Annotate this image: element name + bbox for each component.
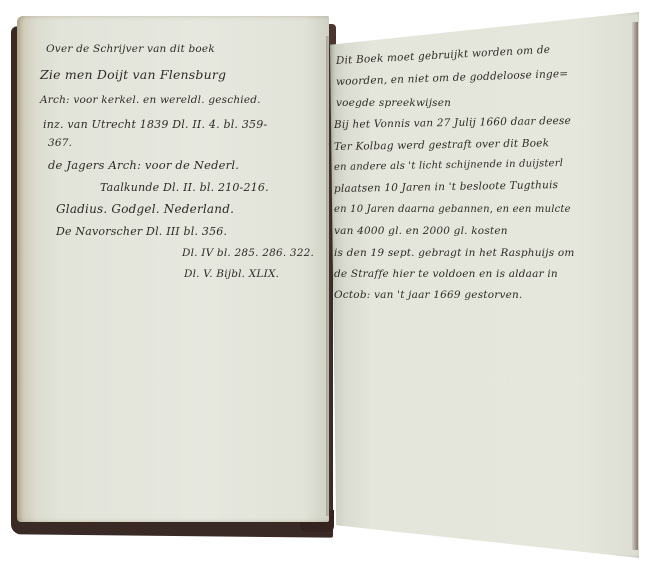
handwritten-line: de Jagers Arch: voor de Nederl.: [48, 160, 239, 172]
right-page: [330, 12, 639, 558]
handwritten-line: Dl. IV bl. 285. 286. 322.: [182, 248, 314, 259]
book-gutter: [326, 36, 332, 516]
handwritten-line: en 10 Jaren daarna gebannen, en een mulc…: [334, 205, 571, 215]
open-book: Over de Schrijver van dit boek Zie men D…: [0, 0, 661, 573]
handwritten-line: Zie men Doijt van Flensburg: [40, 69, 226, 82]
handwritten-line: Taalkunde Dl. II. bl. 210-216.: [100, 182, 269, 193]
handwritten-line: inz. van Utrecht 1839 Dl. II. 4. bl. 359…: [43, 119, 267, 130]
handwritten-line: de Straffe hier te voldoen en is aldaar …: [334, 269, 558, 280]
right-page-edge: [632, 22, 638, 550]
handwritten-line: voegde spreekwijsen: [336, 98, 451, 109]
handwritten-line: is den 19 sept. gebragt in het Rasphuijs…: [334, 248, 575, 259]
handwritten-line: Dl. V. Bijbl. XLIX.: [184, 269, 279, 280]
handwritten-line: Over de Schrijver van dit boek: [46, 44, 215, 55]
handwritten-line: Arch: voor kerkel. en wereldl. geschied.: [40, 95, 261, 106]
handwritten-line: Gladius. Godgel. Nederland.: [56, 203, 234, 215]
handwritten-line: Octob: van 't jaar 1669 gestorven.: [334, 290, 522, 301]
handwritten-line: 367.: [48, 138, 72, 149]
handwritten-line: van 4000 gl. en 2000 gl. kosten: [334, 226, 508, 237]
left-page: [17, 16, 329, 522]
handwritten-line: De Navorscher Dl. III bl. 356.: [56, 226, 227, 237]
